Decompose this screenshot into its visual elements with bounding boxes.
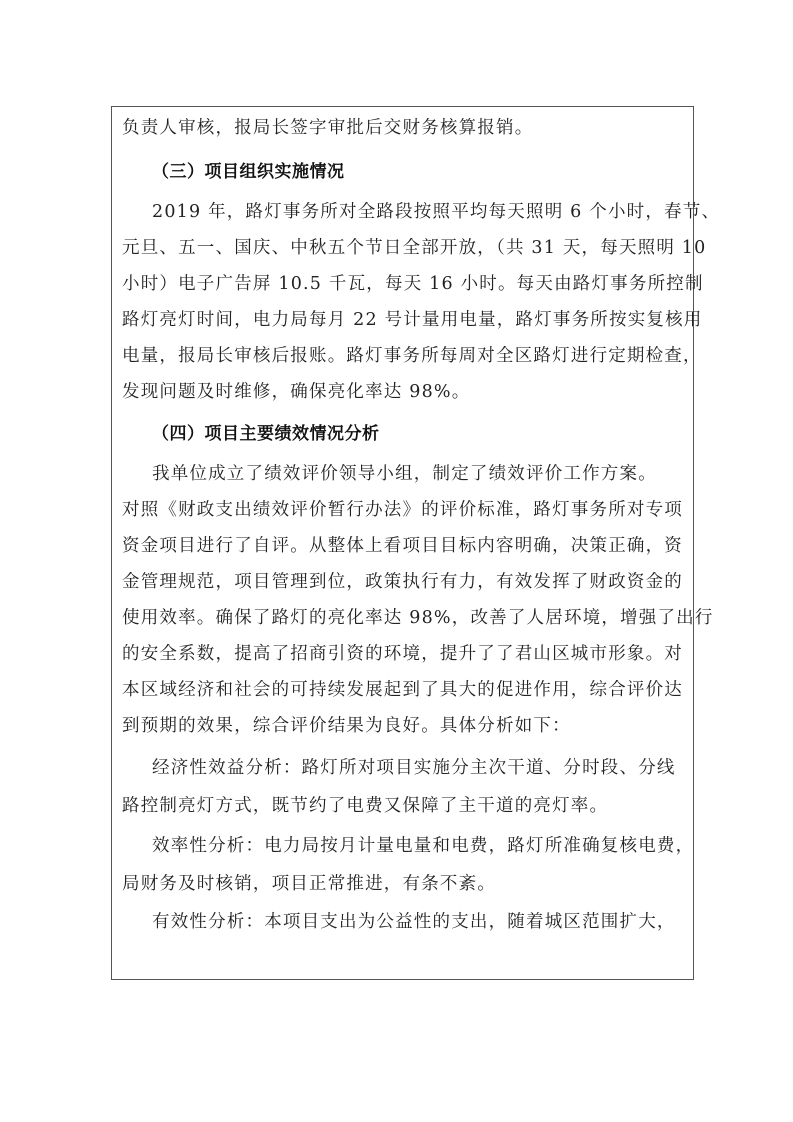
paragraph-line: 使用效率。确保了路灯的亮化率达 98%，改善了人居环境，增强了出行 <box>122 607 692 629</box>
paragraph-line: 我单位成立了绩效评价领导小组，制定了绩效评价工作方案。 <box>152 463 722 485</box>
paragraph-line: 负责人审核，报局长签字审批后交财务核算报销。 <box>122 117 692 139</box>
paragraph-line: 2019 年，路灯事务所对全路段按照平均每天照明 6 个小时，春节、 <box>152 201 722 223</box>
paragraph-line: 元旦、五一、国庆、中秋五个节日全部开放，（共 31 天，每天照明 10 <box>122 237 692 259</box>
paragraph-line: 资金项目进行了自评。从整体上看项目目标内容明确，决策正确，资 <box>122 535 692 557</box>
paragraph-line: 到预期的效果，综合评价结果为良好。具体分析如下： <box>122 715 692 737</box>
paragraph-line: 的安全系数，提高了招商引资的环境，提升了了君山区城市形象。对 <box>122 643 692 665</box>
paragraph-line: 金管理规范，项目管理到位，政策执行有力，有效发挥了财政资金的 <box>122 571 692 593</box>
paragraph-line: 经济性效益分析：路灯所对项目实施分主次干道、分时段、分线 <box>152 757 722 779</box>
paragraph-line: 效率性分析：电力局按月计量电量和电费，路灯所准确复核电费， <box>152 835 722 857</box>
paragraph-line: 路控制亮灯方式，既节约了电费又保障了主干道的亮灯率。 <box>122 795 692 817</box>
paragraph-line: 局财务及时核销，项目正常推进，有条不紊。 <box>122 873 692 895</box>
section-heading-4: （四）项目主要绩效情况分析 <box>152 423 722 445</box>
paragraph-line: 路灯亮灯时间，电力局每月 22 号计量用电量，路灯事务所按实复核用 <box>122 309 692 331</box>
paragraph-line: 对照《财政支出绩效评价暂行办法》的评价标准，路灯事务所对专项 <box>122 499 692 521</box>
paragraph-line: 发现问题及时维修，确保亮化率达 98%。 <box>122 381 692 403</box>
paragraph-line: 有效性分析：本项目支出为公益性的支出，随着城区范围扩大， <box>152 911 722 933</box>
paragraph-line: 电量，报局长审核后报账。路灯事务所每周对全区路灯进行定期检查， <box>122 345 692 367</box>
paragraph-line: 小时）电子广告屏 10.5 千瓦，每天 16 小时。每天由路灯事务所控制 <box>122 273 692 295</box>
section-heading-3: （三）项目组织实施情况 <box>152 161 722 183</box>
paragraph-line: 本区域经济和社会的可持续发展起到了具大的促进作用，综合评价达 <box>122 679 692 701</box>
